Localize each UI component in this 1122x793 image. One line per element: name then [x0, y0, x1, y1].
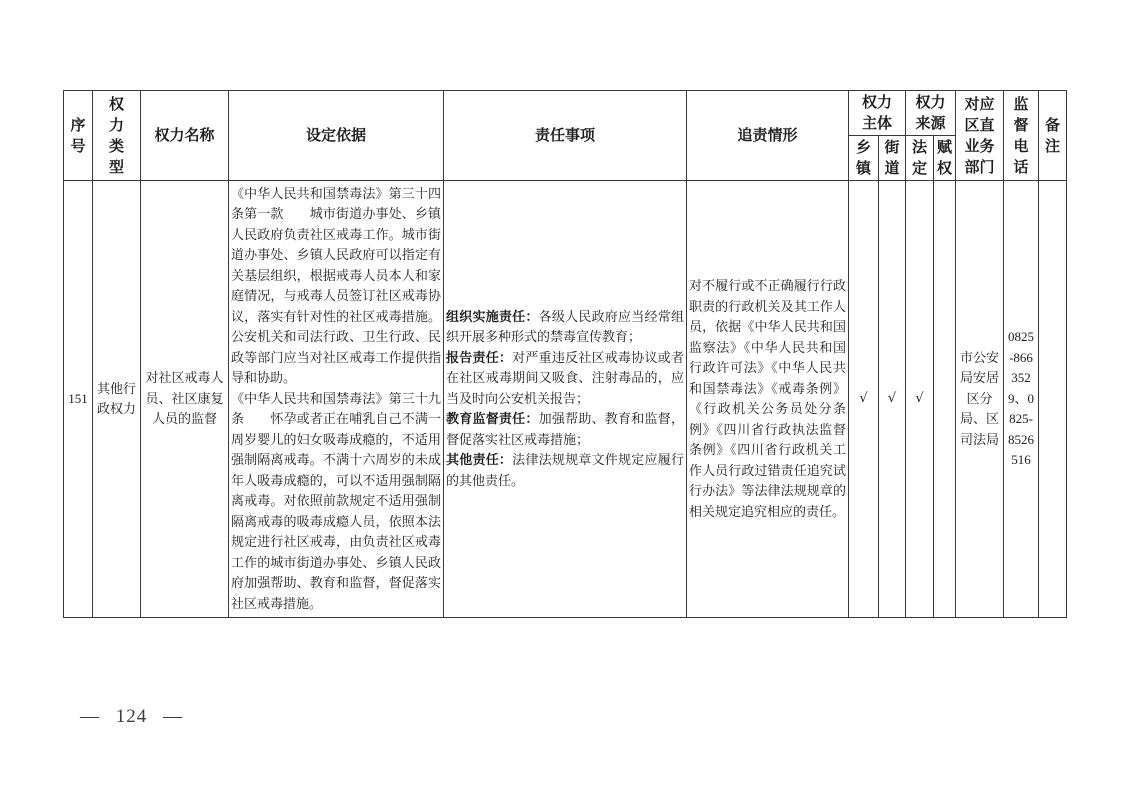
cell-duty: 组织实施责任：各级人民政府应当经常组织开展多种形式的禁毒宣传教育； 报告责任：对…	[444, 181, 687, 618]
phone-value: 0825-8663529、0825-8526516	[1008, 329, 1034, 467]
col-header-duty: 责任事项	[444, 91, 687, 181]
document-page: 序号 权力类型 权力名称 设定依据 责任事项 追责情形 权力主体 权力来源 对应…	[0, 0, 1122, 793]
duty-item-other: 其他责任：法律法规规章文件规定应履行的其他责任。	[446, 450, 684, 491]
col-header-power-name: 权力名称	[141, 91, 229, 181]
col-subheader-statutory-label: 法定	[911, 137, 928, 179]
page-number: — 124 —	[80, 706, 183, 728]
col-subheader-township-label: 乡镇	[855, 137, 872, 179]
cell-power-type: 其他行政权力	[93, 181, 141, 618]
cell-check-township: √	[849, 181, 879, 618]
department-value: 市公安局安居区分局、区司法局	[960, 350, 999, 447]
cell-power-name: 对社区戒毒人员、社区康复人员的监督	[141, 181, 229, 618]
cell-remark	[1039, 181, 1067, 618]
col-header-phone-label: 监督电话	[1013, 94, 1030, 178]
duty-item-report: 报告责任：对严重违反社区戒毒协议或者在社区戒毒期间又吸食、注射毒品的，应当及时向…	[446, 348, 684, 410]
cell-check-statutory: √	[906, 181, 934, 618]
checkmark-statutory: √	[915, 391, 923, 406]
col-subheader-street-label: 街道	[884, 137, 901, 179]
col-header-power-subject-label: 权力主体	[861, 92, 893, 134]
table-header: 序号 权力类型 权力名称 设定依据 责任事项 追责情形 权力主体 权力来源 对应…	[64, 91, 1067, 181]
col-subheader-street: 街道	[879, 136, 906, 181]
cell-check-delegated	[934, 181, 956, 618]
col-header-power-source: 权力来源	[906, 91, 956, 136]
col-header-department: 对应区直业务部门	[956, 91, 1004, 181]
cell-basis: 《中华人民共和国禁毒法》第三十四条第一款 城市街道办事处、乡镇人民政府负责社区戒…	[229, 181, 444, 618]
power-list-table: 序号 权力类型 权力名称 设定依据 责任事项 追责情形 权力主体 权力来源 对应…	[63, 90, 1067, 618]
col-header-remark: 备注	[1039, 91, 1067, 181]
col-subheader-township: 乡镇	[849, 136, 879, 181]
cell-check-street: √	[879, 181, 906, 618]
col-header-power-type: 权力类型	[93, 91, 141, 181]
col-header-power-subject: 权力主体	[849, 91, 906, 136]
checkmark-street: √	[888, 391, 896, 406]
cell-phone: 0825-8663529、0825-8526516	[1004, 181, 1039, 618]
col-header-seq: 序号	[64, 91, 93, 181]
col-header-remark-label: 备注	[1044, 115, 1061, 157]
duty-item-organize-label: 组织实施责任：	[446, 309, 539, 324]
duty-item-supervise-label: 教育监督责任：	[446, 411, 539, 426]
cell-seq: 151	[64, 181, 93, 618]
cell-accountability: 对不履行或不正确履行行政职责的行政机关及其工作人员，依据《中华人民共和国监察法》…	[687, 181, 849, 618]
power-type-value: 其他行政权力	[97, 381, 136, 417]
accountability-text: 对不履行或不正确履行行政职责的行政机关及其工作人员，依据《中华人民共和国监察法》…	[689, 278, 846, 519]
col-header-seq-label: 序号	[70, 115, 87, 157]
power-name-value: 对社区戒毒人员、社区康复人员的监督	[145, 370, 223, 426]
duty-item-supervise: 教育监督责任：加强帮助、教育和监督，督促落实社区戒毒措施；	[446, 409, 684, 450]
duty-item-report-label: 报告责任：	[446, 350, 512, 365]
col-subheader-statutory: 法定	[906, 136, 934, 181]
duty-item-other-label: 其他责任：	[446, 452, 512, 467]
col-header-power-type-label: 权力类型	[108, 94, 125, 178]
col-header-department-label: 对应区直业务部门	[963, 94, 995, 178]
checkmark-township: √	[859, 391, 867, 406]
col-header-basis: 设定依据	[229, 91, 444, 181]
col-header-accountability: 追责情形	[687, 91, 849, 181]
table-row: 151 其他行政权力 对社区戒毒人员、社区康复人员的监督 《中华人民共和国禁毒法…	[64, 181, 1067, 618]
duty-item-organize: 组织实施责任：各级人民政府应当经常组织开展多种形式的禁毒宣传教育；	[446, 307, 684, 348]
cell-department: 市公安局安居区分局、区司法局	[956, 181, 1004, 618]
col-subheader-delegated: 赋权	[934, 136, 956, 181]
col-header-phone: 监督电话	[1004, 91, 1039, 181]
basis-paragraph-1: 《中华人民共和国禁毒法》第三十四条第一款 城市街道办事处、乡镇人民政府负责社区戒…	[231, 184, 441, 389]
col-header-power-source-label: 权力来源	[914, 92, 946, 134]
col-subheader-delegated-label: 赋权	[936, 137, 953, 179]
basis-paragraph-2: 《中华人民共和国禁毒法》第三十九条 怀孕或者正在哺乳自己不满一周岁婴儿的妇女吸毒…	[231, 389, 441, 615]
